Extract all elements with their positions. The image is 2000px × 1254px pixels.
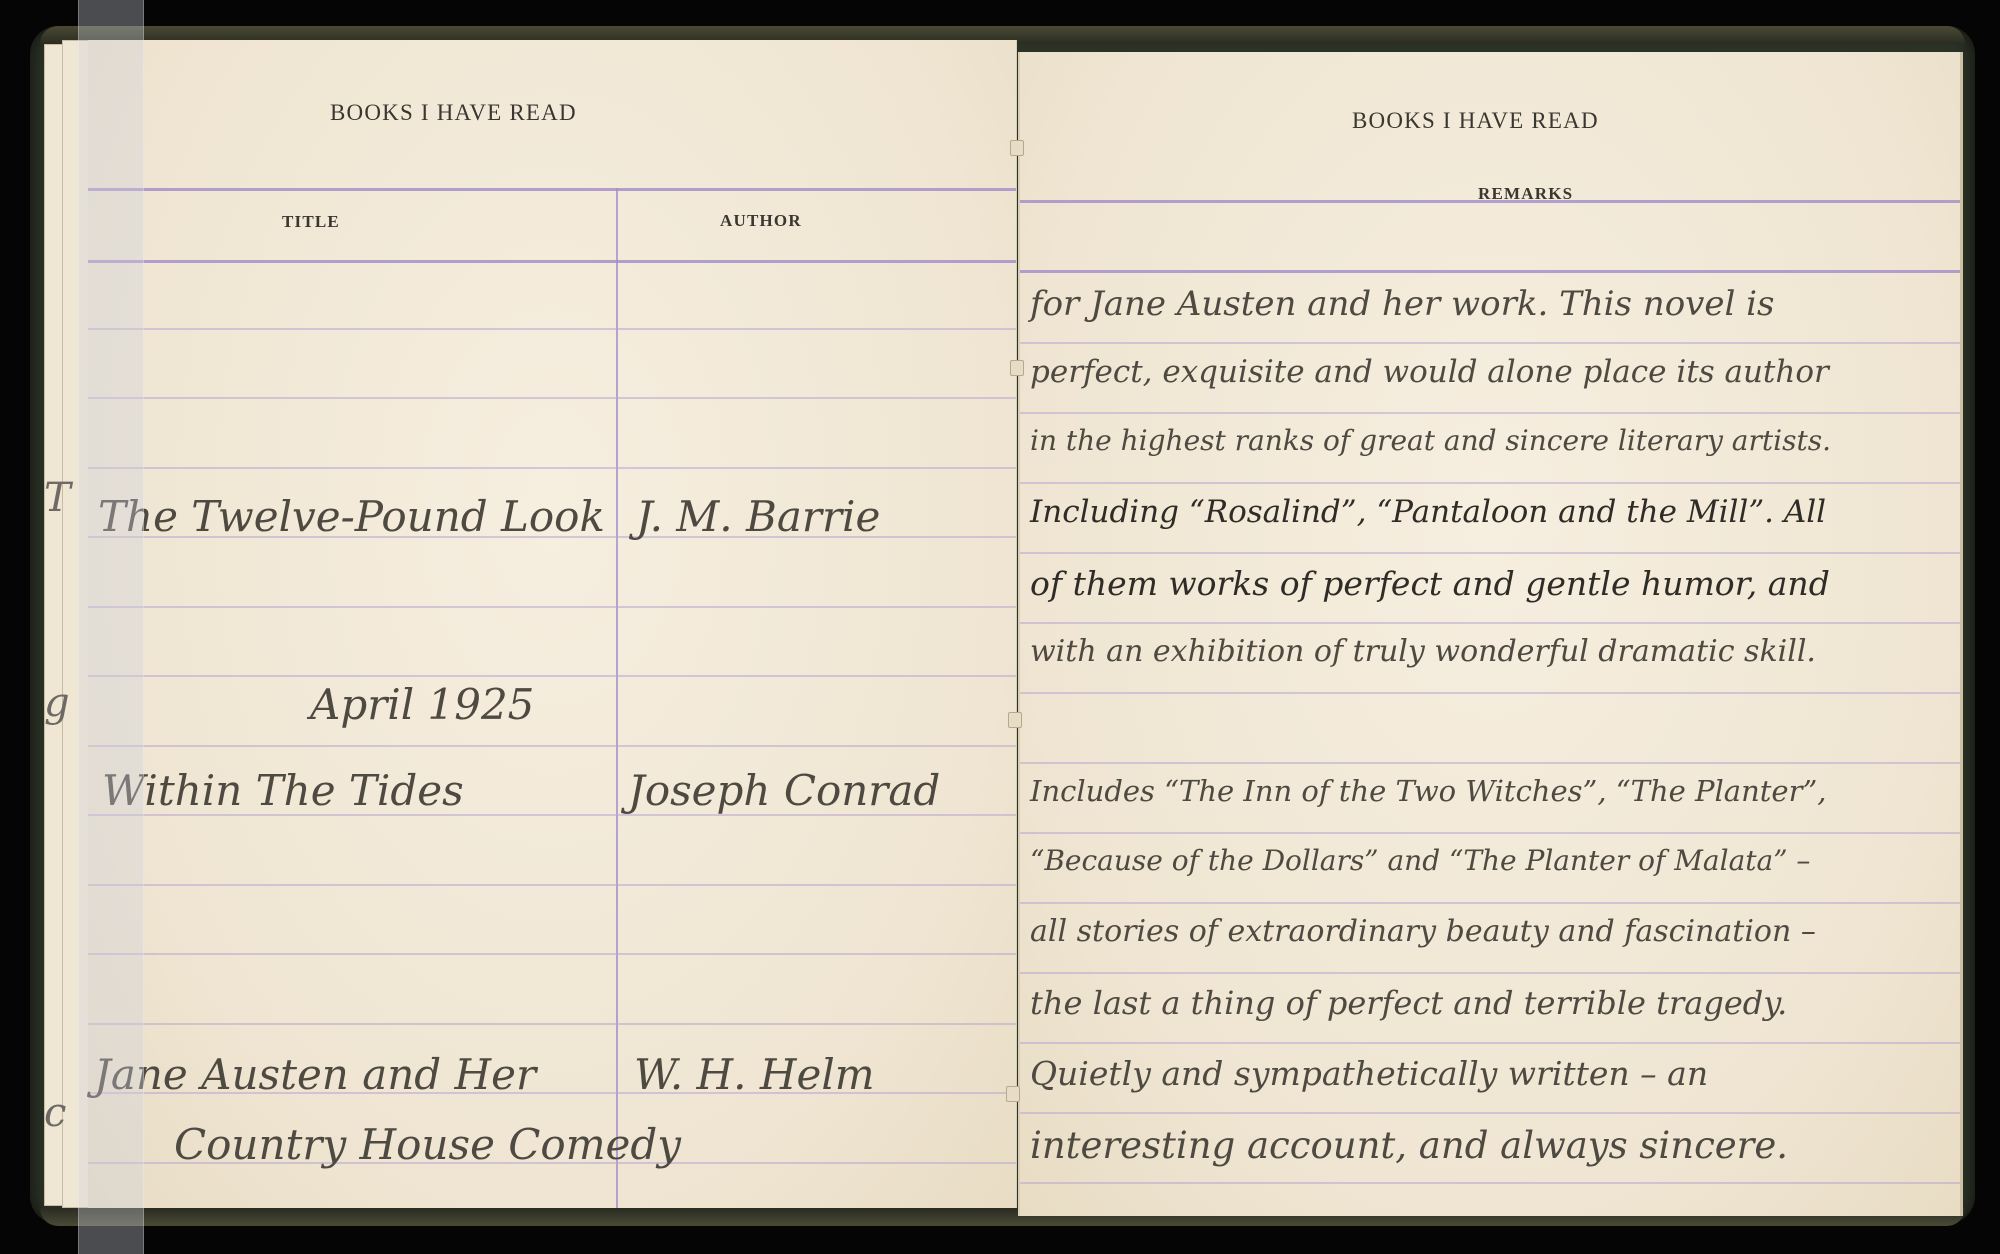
remark-line: Including “Rosalind”, “Pantaloon and the… (1030, 494, 1826, 530)
ruled-line (1020, 832, 1960, 834)
remark-line: “Because of the Dollars” and “The Plante… (1030, 844, 1810, 877)
ruled-line (1020, 1182, 1960, 1184)
ruled-line (88, 328, 1016, 330)
right-page: BOOKS I HAVE READ REMARKS for Jane Auste… (1018, 52, 1963, 1216)
ruled-line (88, 675, 1016, 677)
ruled-line (1020, 902, 1960, 904)
remark-line: for Jane Austen and her work. This novel… (1030, 284, 1775, 324)
ruled-line (1020, 972, 1960, 974)
show-through-handwriting: c (44, 1090, 66, 1136)
ruled-line (1020, 692, 1960, 694)
ruled-line (1020, 1042, 1960, 1044)
entry-title: The Twelve-Pound Look (98, 492, 605, 541)
tape-strip (78, 0, 144, 1254)
ruled-line (88, 467, 1016, 469)
remark-line: all stories of extraordinary beauty and … (1030, 914, 1816, 949)
left-page-header: BOOKS I HAVE READ (330, 100, 577, 126)
ruled-line (88, 953, 1016, 955)
column-header-remarks: REMARKS (1478, 184, 1573, 204)
column-divider (616, 188, 618, 1208)
show-through-handwriting: g (44, 680, 70, 726)
ruled-line (1020, 1112, 1960, 1114)
binding-stitch (1008, 712, 1022, 728)
binding-stitch (1010, 360, 1024, 376)
entry-title: Within The Tides (102, 766, 464, 815)
ruled-line (88, 1023, 1016, 1025)
right-page-header: BOOKS I HAVE READ (1352, 108, 1599, 134)
column-header-title: TITLE (282, 212, 340, 232)
entry-title-line2: Country House Comedy (174, 1120, 681, 1169)
ruled-line (1020, 552, 1960, 554)
binding-stitch (1010, 140, 1024, 156)
remark-line: perfect, exquisite and would alone place… (1030, 354, 1829, 390)
remark-line: with an exhibition of truly wonderful dr… (1030, 634, 1816, 669)
remark-line: interesting account, and always sincere. (1030, 1124, 1788, 1167)
ruled-line (88, 884, 1016, 886)
ruled-line (88, 745, 1016, 747)
show-through-handwriting: T (44, 475, 71, 521)
column-header-author: AUTHOR (720, 211, 802, 231)
header-rule (88, 260, 1016, 263)
ruled-line (1020, 412, 1960, 414)
ruled-line (1020, 482, 1960, 484)
binding-stitch (1006, 1086, 1020, 1102)
remark-line: in the highest ranks of great and sincer… (1030, 424, 1831, 457)
entry-author: Joseph Conrad (628, 766, 940, 815)
remark-line: Includes “The Inn of the Two Witches”, “… (1030, 774, 1827, 808)
entry-author: J. M. Barrie (636, 492, 880, 541)
ruled-line (1020, 762, 1960, 764)
entry-title-line1: Jane Austen and Her (94, 1050, 536, 1099)
ruled-line (88, 397, 1016, 399)
remark-line: the last a thing of perfect and terrible… (1030, 984, 1787, 1022)
date-note: April 1925 (310, 680, 534, 729)
ruled-line (88, 606, 1016, 608)
ruled-line (1020, 342, 1960, 344)
ruled-line (1020, 622, 1960, 624)
remark-line: of them works of perfect and gentle humo… (1030, 564, 1830, 603)
remark-line: Quietly and sympathetically written – an (1030, 1054, 1708, 1093)
left-page: BOOKS I HAVE READ TITLE AUTHOR The Twelv… (88, 40, 1017, 1208)
entry-author: W. H. Helm (634, 1050, 875, 1099)
header-rule (88, 188, 1016, 191)
header-rule (1020, 270, 1960, 273)
